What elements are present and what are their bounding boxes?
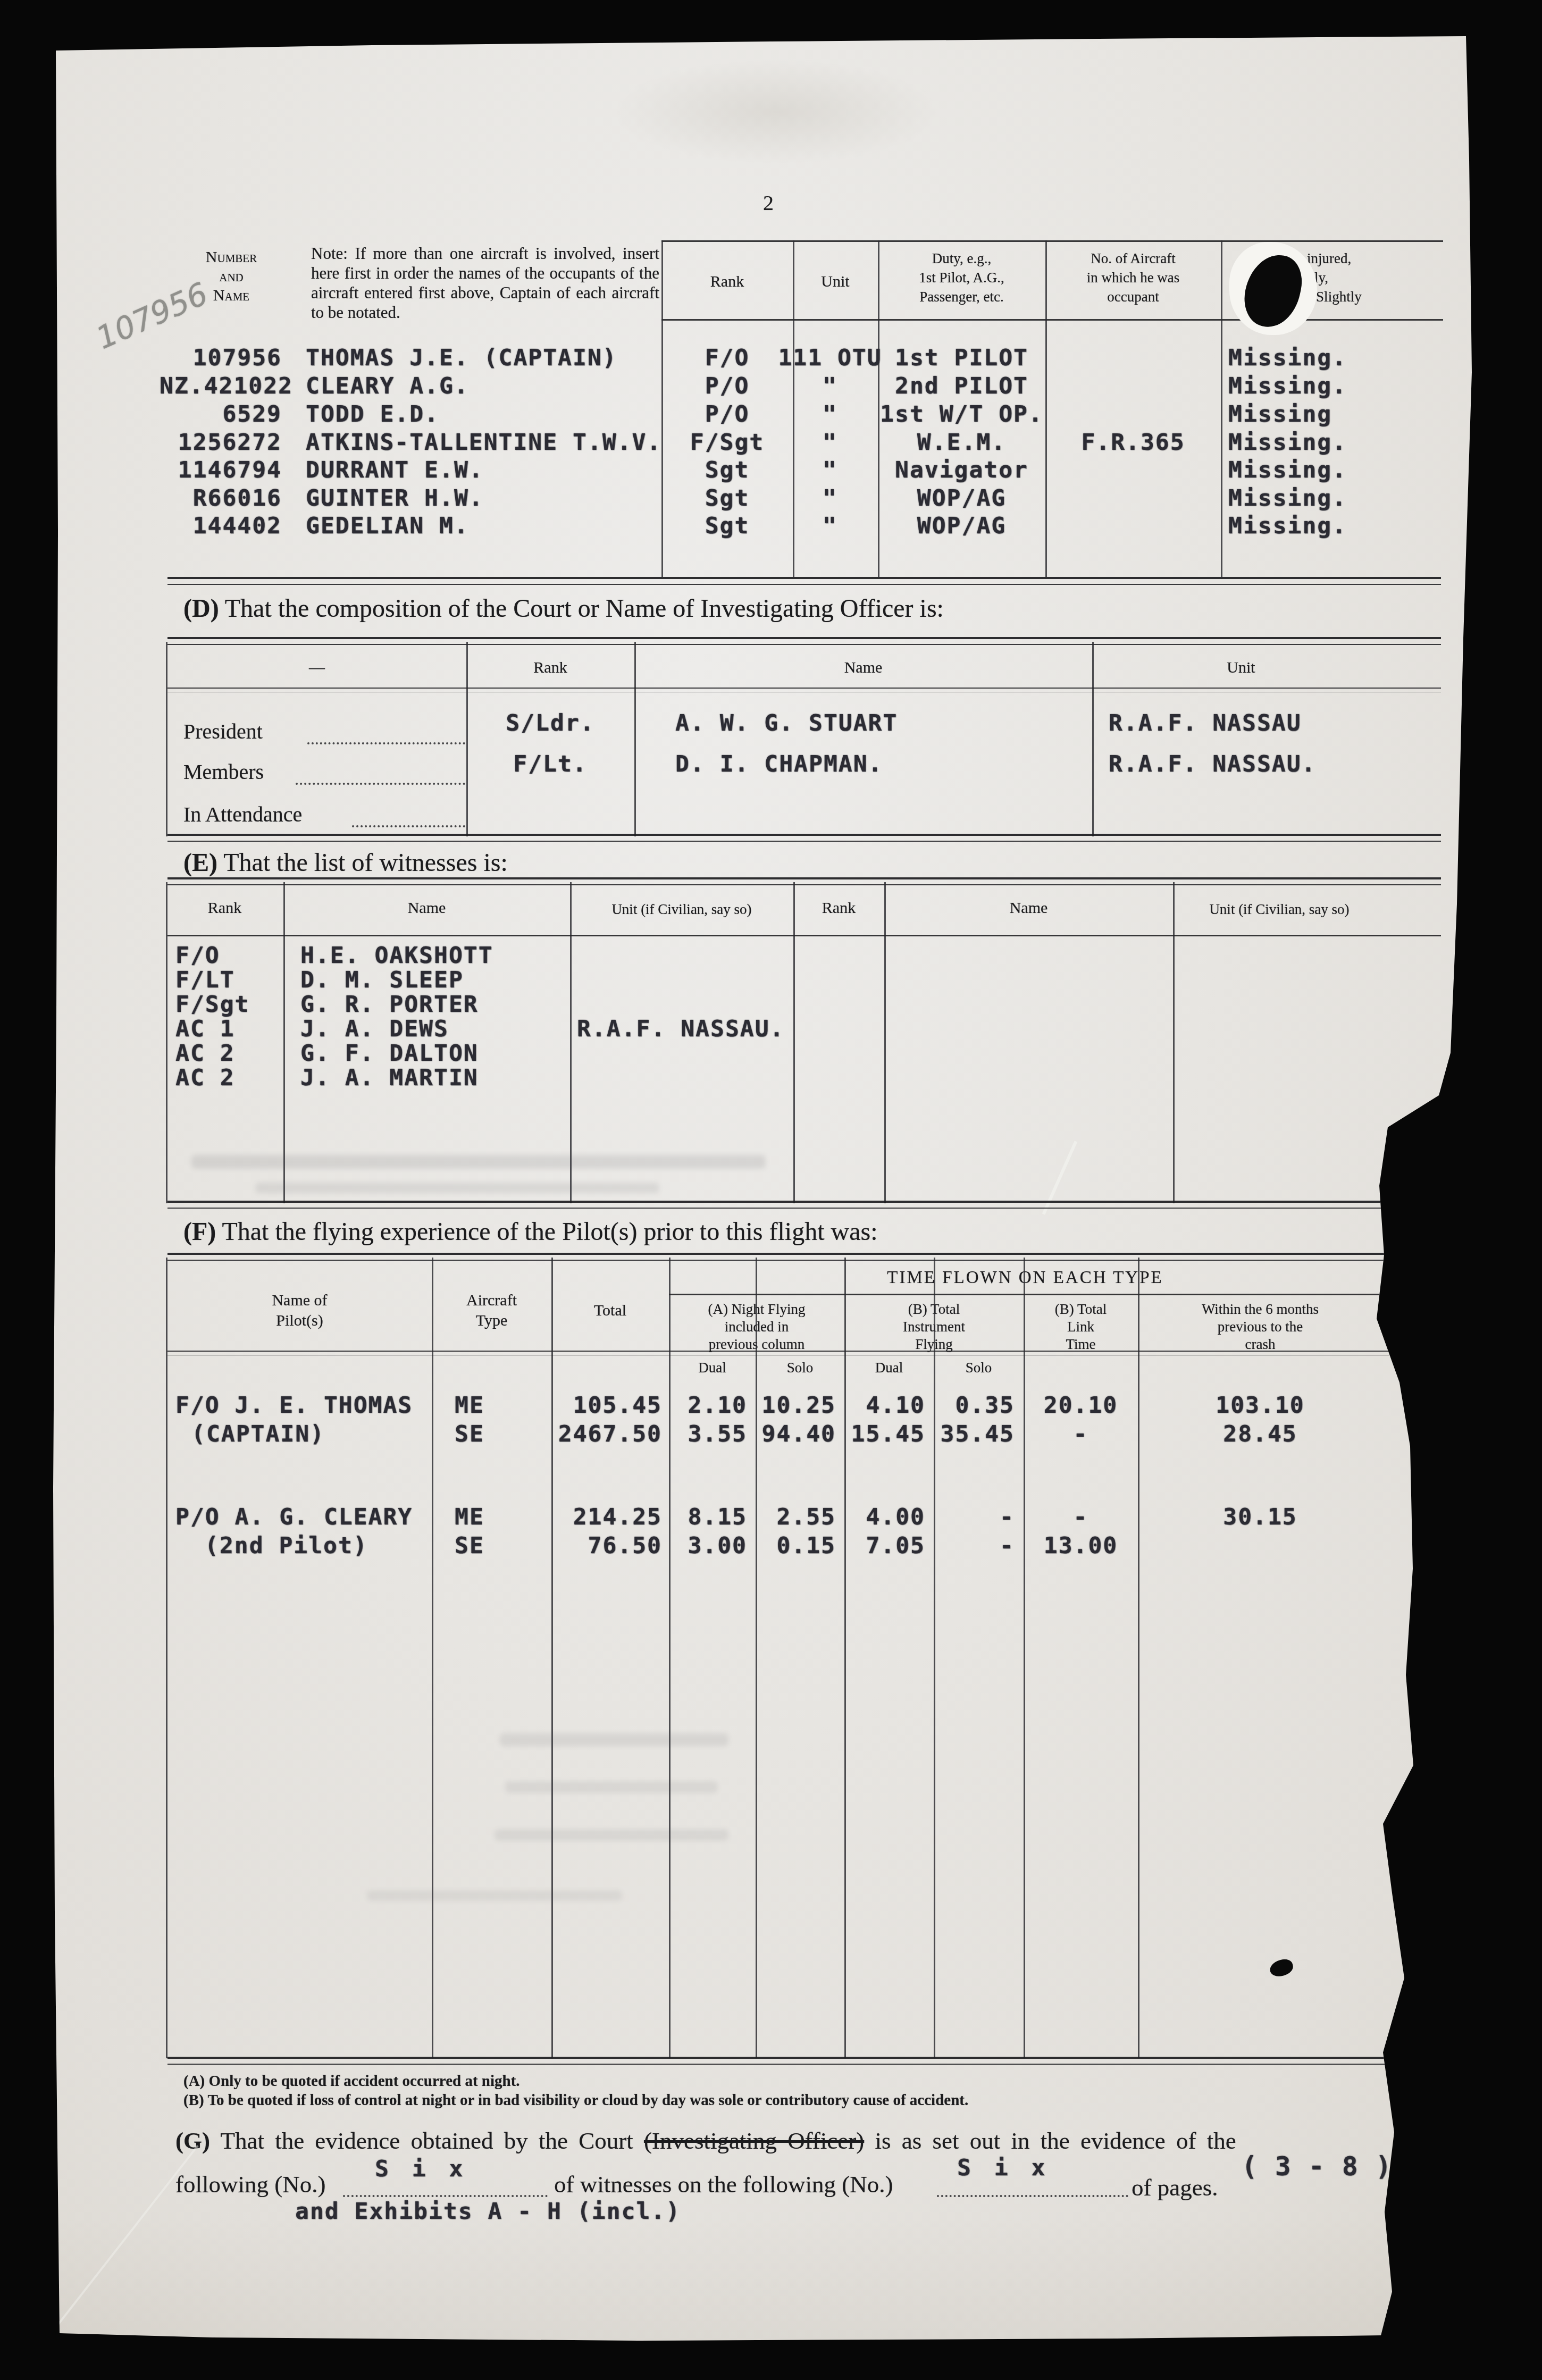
members-leader-dots [296,759,465,785]
witness-rank: F/Sgt [175,991,249,1018]
f-table-top-rule [167,1253,1441,1261]
crew-number: R66016 [160,485,282,512]
aircraft-type: ME [455,1504,484,1530]
crew-name: ATKINS-TALLENTINE T.W.V. [306,429,661,456]
f-header-sixmonths-2: previous to the [1138,1318,1382,1336]
page-number: 2 [744,190,792,215]
crew-unit: " [777,401,883,428]
crew-table-header-rule [661,319,1443,321]
d-table-bottom-rule [167,834,1441,842]
witness-name: J. A. DEWS [300,1016,449,1042]
d-header-unit: Unit [1092,658,1390,677]
instrument-dual: 15.45 [847,1421,925,1447]
table-row: 6529 TODD E.D. P/O " 1st W/T OP. Missing [0,401,1542,429]
f-table-vline-8 [1138,1258,1139,2058]
d-row-label-members: Members [183,759,264,784]
crew-name: DURRANT E.W. [306,457,484,483]
witness-unit: R.A.F. NASSAU. [577,1016,784,1042]
f-table-header-rule [167,1351,1441,1355]
g-line2-of-pages: of pages. [1132,2174,1218,2201]
crew-unit: " [777,485,883,512]
link-time: 13.00 [1024,1532,1138,1559]
section-e-heading-text: That the list of witnesses is: [223,849,508,877]
members-unit: R.A.F. NASSAU. [1109,751,1316,777]
bleed-through-artifact [191,1155,766,1169]
crew-name: GEDELIAN M. [306,513,469,539]
instrument-solo: 0.35 [936,1392,1015,1419]
night-dual: 3.00 [671,1532,747,1559]
e-table-top-rule [167,877,1441,885]
section-g-line1: (G) That the evidence obtained by the Co… [175,2126,1398,2156]
f-header-aircraft-2: Type [432,1311,551,1330]
d-row-label-president: President [183,719,263,744]
crew-duty: Navigator [878,457,1045,483]
f-header-link-2: Link [1024,1318,1138,1336]
f-subheader-inst-dual: Dual [844,1359,934,1377]
pilot-name-sub: (2nd Pilot) [205,1532,368,1559]
section-f-label: (F) [183,1218,216,1246]
f-banner-time-flown: TIME FLOWN ON EACH TYPE [669,1268,1381,1288]
pilot-name-sub: (CAPTAIN) [191,1421,325,1447]
pilot-name: F/O J. E. THOMAS [175,1392,413,1419]
witness-rank: F/LT [175,967,235,993]
scanned-document-page: { "page": {"number": "2"}, "annotations"… [0,0,1542,2380]
section-e-label: (E) [183,849,217,877]
bleed-through-artifact [495,1829,728,1841]
f-table-vline-0 [166,1258,167,2058]
instrument-dual: 4.10 [847,1392,925,1419]
e-table-header-rule [167,935,1441,936]
crew-rank: P/O [661,401,793,428]
paper-stain [611,58,941,165]
paper-shading [0,2217,1542,2380]
f-header-sixmonths-1: Within the 6 months [1138,1301,1382,1318]
crew-number: 6529 [160,401,282,428]
night-solo: 94.40 [758,1421,836,1447]
section-f-heading-text: That the flying experience of the Pilot(… [222,1218,877,1246]
crew-extent: Missing. [1228,429,1347,456]
table-row: 107956 THOMAS J.E. (CAPTAIN) F/O 111 OTU… [0,345,1542,372]
crew-col-label-line1: Number [175,248,287,267]
crew-unit: " [777,373,883,399]
crew-duty: 1st W/T OP. [878,401,1045,428]
table-row: NZ.421022 CLEARY A.G. P/O " 2nd PILOT Mi… [0,373,1542,400]
crew-rank: F/Sgt [661,429,793,456]
night-dual: 3.55 [671,1421,747,1447]
witness-rank: F/O [175,942,220,969]
f-subheader-night-solo: Solo [756,1359,844,1377]
crew-name: GUINTER H.W. [306,485,484,512]
table-row: 1256272 ATKINS-TALLENTINE T.W.V. F/Sgt "… [0,429,1542,457]
crew-extent: Missing [1228,401,1332,428]
e-table-bottom-rule [167,1201,1441,1209]
witness-name: G. F. DALTON [300,1040,479,1067]
crew-rank: F/O [661,345,793,371]
six-months-hours: 103.10 [1138,1392,1382,1419]
crew-extent: Missing. [1228,513,1347,539]
table-row: F/O J. E. THOMAS ME 105.45 2.10 10.25 4.… [0,1392,1542,1420]
crew-duty: 2nd PILOT [878,373,1045,399]
crew-extent: Missing. [1228,457,1347,483]
footnote-a: (A) Only to be quoted if accident occurr… [183,2073,520,2090]
crew-header-aircraft-1: No. of Aircraft [1045,250,1221,267]
crew-table-top-rule [661,240,1443,242]
bleed-through-artifact [367,1890,622,1901]
section-g-text-before: That the evidence obtained by the Court [220,2127,633,2154]
g-fill-six-2: S i x [957,2155,1050,2181]
g-fill-six-1: S i x [375,2156,467,2182]
g-line2-following: following (No.) [175,2171,325,2198]
e-header-rank: Rank [166,899,283,918]
link-time: - [1024,1421,1138,1447]
section-g-struck-text: (Investigating Officer) [644,2127,864,2154]
president-name: A. W. G. STUART [675,710,898,736]
f-header-aircraft-1: Aircraft [432,1291,551,1310]
d-header-dash: — [167,658,466,677]
f-header-link-1: (B) Total [1024,1301,1138,1318]
night-dual: 8.15 [671,1504,747,1530]
aircraft-type: SE [455,1421,484,1447]
crew-aircraft: F.R.365 [1045,429,1221,456]
instrument-dual: 4.00 [847,1504,925,1530]
link-time: 20.10 [1024,1392,1138,1419]
pilot-name: P/O A. G. CLEARY [175,1504,413,1530]
f-table-vline-2 [551,1258,553,2058]
ink-blot [1268,1957,1295,1979]
instrument-solo: - [936,1504,1015,1530]
six-months-hours: 30.15 [1138,1504,1382,1530]
bleed-through-artifact [255,1183,659,1193]
instrument-dual: 7.05 [847,1532,925,1559]
f-table-vline-1 [432,1258,433,2058]
d-row-label-in-attendance: In Attendance [183,802,302,827]
section-d-label: (D) [183,594,219,623]
crew-header-duty-2: 1st Pilot, A.G., [878,269,1045,287]
aircraft-type: ME [455,1392,484,1419]
instrument-solo: 35.45 [936,1421,1015,1447]
crew-duty: 1st PILOT [878,345,1045,371]
crew-duty: WOP/AG [878,485,1045,512]
crew-extent: Missing. [1228,345,1347,371]
crew-header-duty-3: Passenger, etc. [878,288,1045,306]
section-e-heading: (E) That the list of witnesses is: [183,849,1034,877]
in-attendance-leader-dots [352,802,465,827]
witness-rank: AC 2 [175,1065,235,1091]
e-table-vline-0 [166,882,167,1203]
witness-rank: AC 1 [175,1016,235,1042]
witness-name: J. A. MARTIN [300,1065,479,1091]
e-header-name: Name [283,899,570,918]
night-solo: 10.25 [758,1392,836,1419]
crew-header-unit: Unit [793,272,878,291]
section-d-heading: (D) That the composition of the Court or… [183,594,1353,623]
crew-number: NZ.421022 [160,373,282,399]
crew-col-label-line3: Name [175,286,287,305]
president-rank: S/Ldr. [466,710,634,736]
e-header-unit: Unit (if Civilian, say so) [570,901,793,918]
table-row: P/O A. G. CLEARY ME 214.25 8.15 2.55 4.0… [0,1504,1542,1531]
witness-name: H.E. OAKSHOTT [300,942,493,969]
e-table-vline-4 [884,882,886,1203]
section-d-heading-text: That the composition of the Court or Nam… [225,594,944,623]
witness-name: G. R. PORTER [300,991,479,1018]
crew-name: CLEARY A.G. [306,373,469,399]
crew-rank: Sgt [661,485,793,512]
crew-header-aircraft-2: in which he was [1045,269,1221,287]
six-months-hours: 28.45 [1138,1421,1382,1447]
e-header-name2: Name [884,899,1173,918]
f-table-vline-7 [1024,1258,1025,2058]
f-subheader-inst-solo: Solo [934,1359,1024,1377]
f-table-vline-3 [669,1258,671,2058]
crew-unit: " [777,457,883,483]
f-table-vline-5 [844,1258,846,2058]
d-table-header-rule [167,688,1441,692]
crew-name: THOMAS J.E. (CAPTAIN) [306,345,617,371]
f-table-vline-4 [756,1258,757,2058]
bleed-through-artifact [500,1733,728,1746]
president-leader-dots [307,719,465,744]
instrument-solo: - [936,1532,1015,1559]
president-unit: R.A.F. NASSAU [1109,710,1302,736]
crew-unit: " [777,513,883,539]
f-banner-rule [669,1294,1441,1295]
d-header-name: Name [634,658,1092,677]
e-header-rank2: Rank [793,899,884,918]
total-hours: 76.50 [553,1532,662,1559]
g-line2-witnesses: of witnesses on the following (No.) [554,2171,893,2198]
f-header-name-1: Name of [167,1291,432,1310]
crew-table-bottom-rule [167,577,1441,585]
f-subheader-night-dual: Dual [669,1359,756,1377]
witness-rank: AC 2 [175,1040,235,1067]
section-f-heading: (F) That the flying experience of the Pi… [183,1218,1406,1246]
crew-number: 1256272 [160,429,282,456]
crew-col-label-line2: and [175,267,287,286]
total-hours: 2467.50 [553,1421,662,1447]
crew-name: TODD E.D. [306,401,439,428]
link-time: - [1024,1504,1138,1530]
crew-header-aircraft-3: occupant [1045,288,1221,306]
crew-number: 144402 [160,513,282,539]
table-row: 1146794 DURRANT E.W. Sgt " Navigator Mis… [0,457,1542,484]
e-table-vline-3 [793,882,795,1203]
table-row: (2nd Pilot) SE 76.50 3.00 0.15 7.05 - 13… [0,1532,1542,1560]
table-row: (CAPTAIN) SE 2467.50 3.55 94.40 15.45 35… [0,1421,1542,1448]
crew-duty: W.E.M. [878,429,1045,456]
f-table-vline-6 [934,1258,935,2058]
paper-sheet: 2 107956 Number and Name Note: If more t… [0,0,1542,2380]
table-row: R66016 GUINTER H.W. Sgt " WOP/AG Missing… [0,485,1542,513]
members-rank: F/Lt. [466,751,634,777]
witness-name: D. M. SLEEP [300,967,464,993]
g-pages-range: ( 3 - 8 ) [1242,2153,1393,2180]
members-name: D. I. CHAPMAN. [675,751,883,777]
crew-header-rank: Rank [661,272,793,291]
crew-header-duty-1: Duty, e.g., [878,250,1045,267]
f-header-name-2: Pilot(s) [167,1311,432,1330]
crew-extent: Missing. [1228,485,1347,512]
total-hours: 105.45 [553,1392,662,1419]
table-row: 144402 GEDELIAN M. Sgt " WOP/AG Missing. [0,513,1542,540]
d-table-top-rule [167,637,1441,645]
d-header-rank: Rank [466,658,634,677]
crew-unit: 111 OTU [777,345,883,371]
crew-number: 107956 [160,345,282,371]
crew-number: 1146794 [160,457,282,483]
crew-duty: WOP/AG [878,513,1045,539]
crew-rank: Sgt [661,513,793,539]
e-header-unit2: Unit (if Civilian, say so) [1173,901,1386,918]
night-dual: 2.10 [671,1392,747,1419]
e-table-vline-5 [1173,882,1175,1203]
night-solo: 2.55 [758,1504,836,1530]
crew-extent: Missing. [1228,373,1347,399]
footnote-b: (B) To be quoted if loss of control at n… [183,2092,1364,2109]
total-hours: 214.25 [553,1504,662,1530]
night-solo: 0.15 [758,1532,836,1559]
f-table-bottom-rule [167,2057,1390,2065]
crew-table-note: Note: If more than one aircraft is invol… [311,244,659,322]
crew-unit: " [777,429,883,456]
bleed-through-artifact [505,1781,718,1793]
f-header-total: Total [551,1301,669,1320]
aircraft-type: SE [455,1532,484,1559]
crew-rank: P/O [661,373,793,399]
crew-rank: Sgt [661,457,793,483]
section-g-text-after: is as set out in the evidence of the [875,2127,1236,2154]
